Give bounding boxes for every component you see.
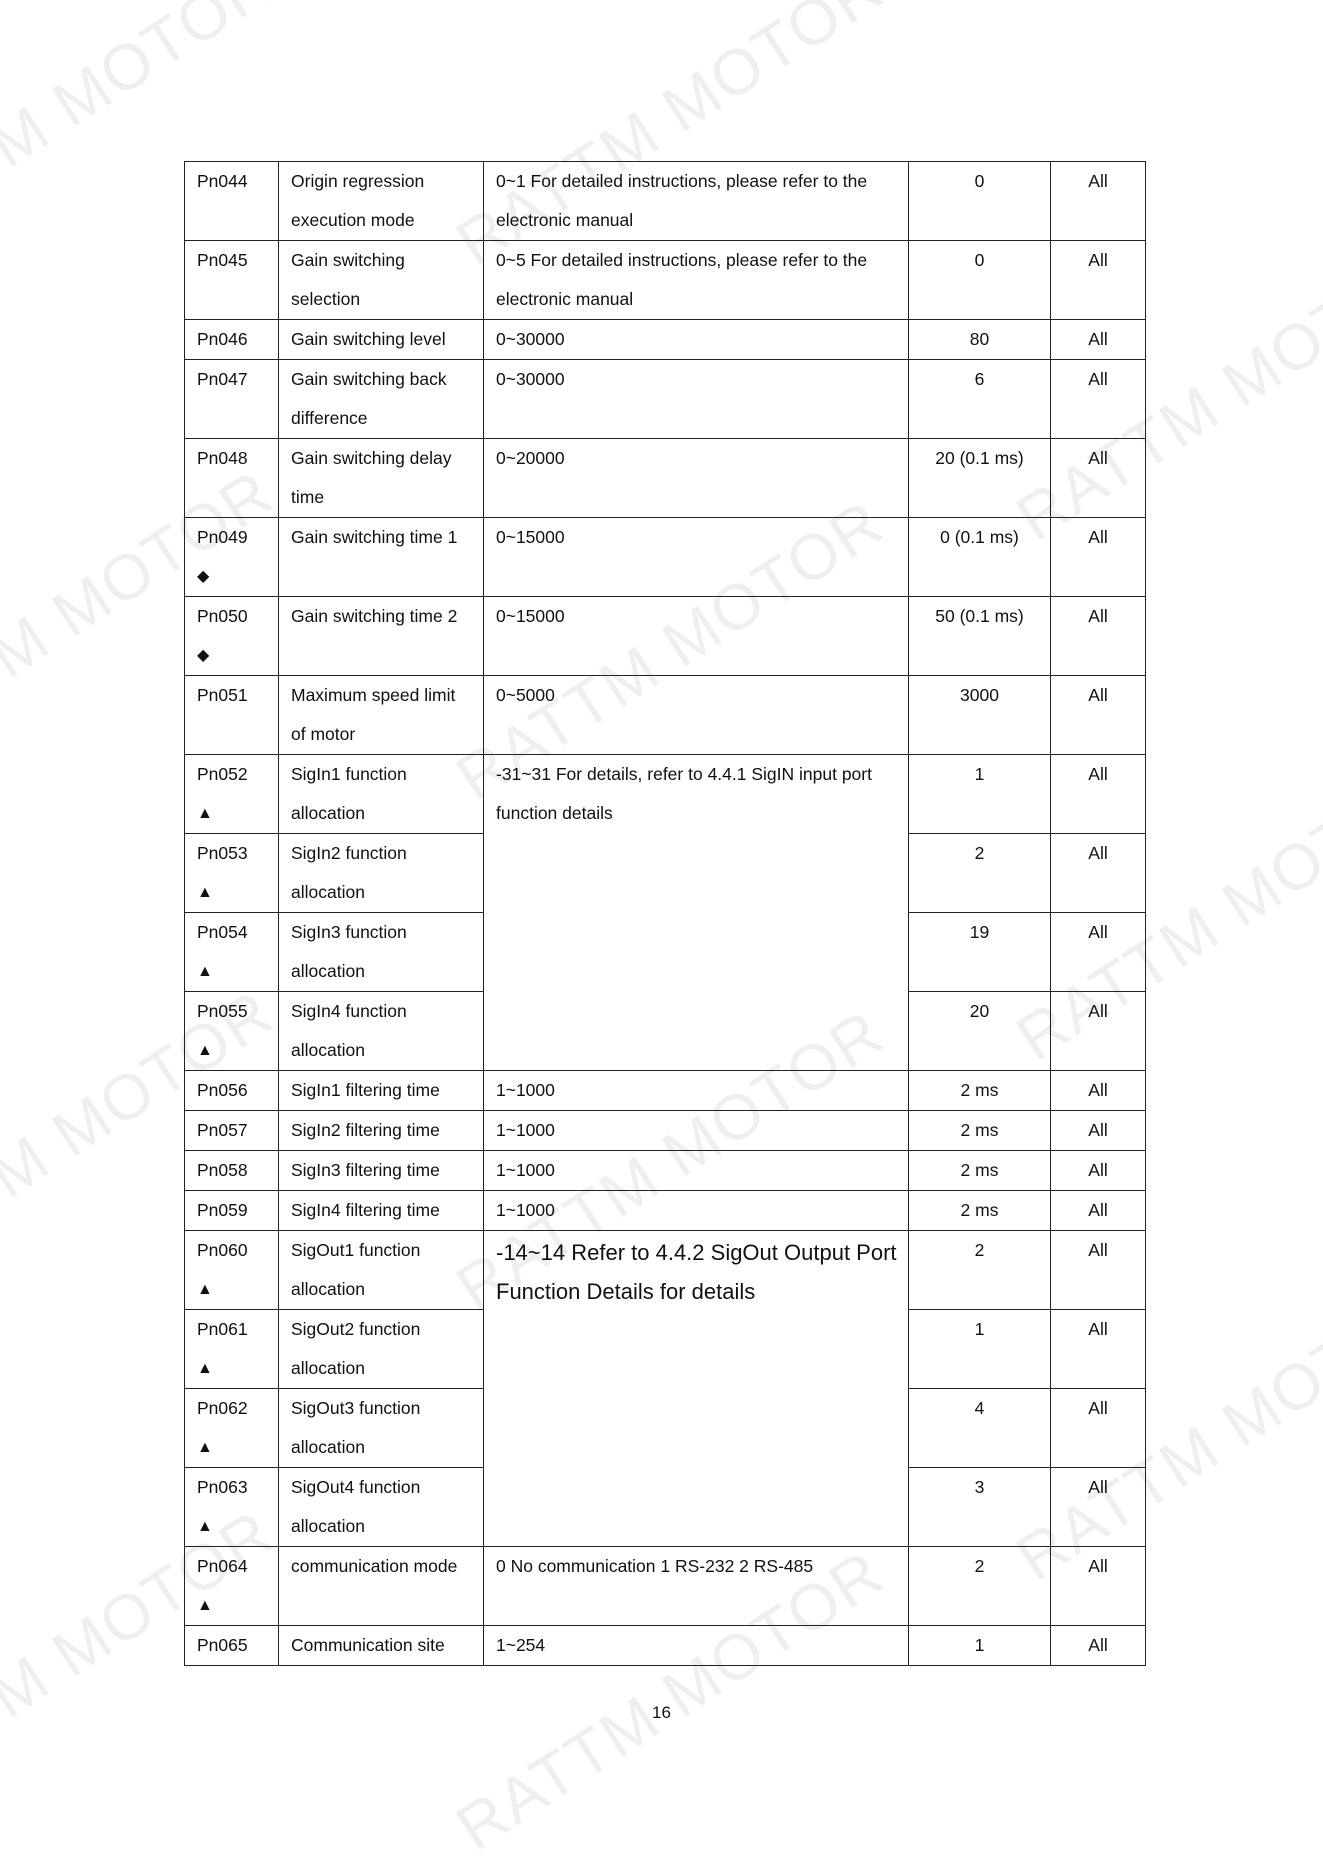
param-range: -31~31 For details, refer to 4.4.1 SigIN…	[484, 755, 909, 1071]
param-code-cell: Pn049◆	[185, 518, 279, 597]
param-default: 20	[909, 992, 1051, 1071]
triangle-icon: ▲	[197, 1349, 268, 1388]
param-name: SigIn2 filtering time	[279, 1111, 484, 1151]
param-applicable: All	[1051, 834, 1146, 913]
param-name: SigIn3 filtering time	[279, 1151, 484, 1191]
param-code: Pn063	[197, 1477, 248, 1497]
param-range: 0~20000	[484, 439, 909, 518]
param-code: Pn057	[197, 1120, 248, 1140]
param-range: 0~5000	[484, 676, 909, 755]
triangle-icon: ▲	[197, 794, 268, 833]
param-code: Pn056	[197, 1080, 248, 1100]
param-name: Maximum speed limit of motor	[279, 676, 484, 755]
param-default: 2	[909, 1547, 1051, 1626]
param-default: 20 (0.1 ms)	[909, 439, 1051, 518]
param-default: 2 ms	[909, 1111, 1051, 1151]
param-code-cell: Pn055▲	[185, 992, 279, 1071]
param-code: Pn049	[197, 527, 248, 547]
param-code: Pn054	[197, 922, 248, 942]
param-code: Pn046	[197, 329, 248, 349]
param-range: 0~15000	[484, 597, 909, 676]
param-name: SigIn3 function allocation	[279, 913, 484, 992]
param-default: 1	[909, 1626, 1051, 1666]
table-row: Pn046Gain switching level0~3000080All	[185, 320, 1146, 360]
param-default: 19	[909, 913, 1051, 992]
param-code-cell: Pn058	[185, 1151, 279, 1191]
table-row: Pn056SigIn1 filtering time1~10002 msAll	[185, 1071, 1146, 1111]
param-range: 1~1000	[484, 1151, 909, 1191]
table-row: Pn057SigIn2 filtering time1~10002 msAll	[185, 1111, 1146, 1151]
param-applicable: All	[1051, 1626, 1146, 1666]
triangle-icon: ▲	[197, 1270, 268, 1309]
parameter-table-body: Pn044Origin regression execution mode0~1…	[185, 162, 1146, 1666]
param-default: 3000	[909, 676, 1051, 755]
table-row: Pn050◆Gain switching time 20~1500050 (0.…	[185, 597, 1146, 676]
param-code-cell: Pn056	[185, 1071, 279, 1111]
param-name: Gain switching level	[279, 320, 484, 360]
param-range: 1~1000	[484, 1191, 909, 1231]
triangle-icon: ▲	[197, 873, 268, 912]
diamond-icon: ◆	[197, 636, 268, 675]
param-range: 0~15000	[484, 518, 909, 597]
param-code-cell: Pn063▲	[185, 1468, 279, 1547]
param-applicable: All	[1051, 676, 1146, 755]
param-applicable: All	[1051, 1071, 1146, 1111]
param-code: Pn059	[197, 1200, 248, 1220]
param-code: Pn052	[197, 764, 248, 784]
param-range: -14~14 Refer to 4.4.2 SigOut Output Port…	[484, 1231, 909, 1547]
param-code: Pn065	[197, 1635, 248, 1655]
parameter-table: Pn044Origin regression execution mode0~1…	[184, 161, 1146, 1666]
triangle-icon: ▲	[197, 1586, 268, 1625]
table-row: Pn059SigIn4 filtering time1~10002 msAll	[185, 1191, 1146, 1231]
param-name: SigIn2 function allocation	[279, 834, 484, 913]
param-applicable: All	[1051, 1111, 1146, 1151]
triangle-icon: ▲	[197, 952, 268, 991]
param-default: 2 ms	[909, 1071, 1051, 1111]
param-range: 1~1000	[484, 1071, 909, 1111]
param-applicable: All	[1051, 320, 1146, 360]
param-name: SigIn1 filtering time	[279, 1071, 484, 1111]
param-applicable: All	[1051, 1310, 1146, 1389]
param-code-cell: Pn064▲	[185, 1547, 279, 1626]
param-code-cell: Pn046	[185, 320, 279, 360]
param-default: 0 (0.1 ms)	[909, 518, 1051, 597]
param-code-cell: Pn052▲	[185, 755, 279, 834]
param-code-cell: Pn059	[185, 1191, 279, 1231]
param-applicable: All	[1051, 992, 1146, 1071]
param-name: SigIn1 function allocation	[279, 755, 484, 834]
param-code: Pn051	[197, 685, 248, 705]
table-row: Pn065Communication site1~2541All	[185, 1626, 1146, 1666]
param-applicable: All	[1051, 439, 1146, 518]
param-applicable: All	[1051, 162, 1146, 241]
table-row: Pn064▲communication mode0 No communicati…	[185, 1547, 1146, 1626]
triangle-icon: ▲	[197, 1428, 268, 1467]
param-applicable: All	[1051, 913, 1146, 992]
param-applicable: All	[1051, 1389, 1146, 1468]
param-default: 2	[909, 834, 1051, 913]
param-name: Communication site	[279, 1626, 484, 1666]
table-row: Pn044Origin regression execution mode0~1…	[185, 162, 1146, 241]
param-range: 0~1 For detailed instructions, please re…	[484, 162, 909, 241]
param-code-cell: Pn054▲	[185, 913, 279, 992]
param-default: 6	[909, 360, 1051, 439]
param-code-cell: Pn053▲	[185, 834, 279, 913]
param-code: Pn044	[197, 171, 248, 191]
table-row: Pn060▲SigOut1 function allocation-14~14 …	[185, 1231, 1146, 1310]
param-applicable: All	[1051, 597, 1146, 676]
param-code: Pn061	[197, 1319, 248, 1339]
param-applicable: All	[1051, 1191, 1146, 1231]
param-code: Pn062	[197, 1398, 248, 1418]
page-number: 16	[0, 1703, 1323, 1723]
param-applicable: All	[1051, 518, 1146, 597]
param-code: Pn055	[197, 1001, 248, 1021]
param-applicable: All	[1051, 755, 1146, 834]
param-name: SigOut1 function allocation	[279, 1231, 484, 1310]
param-code: Pn050	[197, 606, 248, 626]
param-code-cell: Pn065	[185, 1626, 279, 1666]
param-name: SigIn4 function allocation	[279, 992, 484, 1071]
param-range: 1~254	[484, 1626, 909, 1666]
param-name: Origin regression execution mode	[279, 162, 484, 241]
table-row: Pn048Gain switching delay time0~2000020 …	[185, 439, 1146, 518]
param-code-cell: Pn050◆	[185, 597, 279, 676]
param-code-cell: Pn051	[185, 676, 279, 755]
diamond-icon: ◆	[197, 557, 268, 596]
param-default: 0	[909, 162, 1051, 241]
table-row: Pn052▲SigIn1 function allocation-31~31 F…	[185, 755, 1146, 834]
param-default: 80	[909, 320, 1051, 360]
param-applicable: All	[1051, 1151, 1146, 1191]
triangle-icon: ▲	[197, 1507, 268, 1546]
param-default: 3	[909, 1468, 1051, 1547]
table-row: Pn051Maximum speed limit of motor0~50003…	[185, 676, 1146, 755]
table-row: Pn058SigIn3 filtering time1~10002 msAll	[185, 1151, 1146, 1191]
param-name: SigIn4 filtering time	[279, 1191, 484, 1231]
table-row: Pn045Gain switching selection0~5 For det…	[185, 241, 1146, 320]
param-code: Pn058	[197, 1160, 248, 1180]
param-code: Pn060	[197, 1240, 248, 1260]
param-code-cell: Pn045	[185, 241, 279, 320]
param-range: 0~5 For detailed instructions, please re…	[484, 241, 909, 320]
param-code-cell: Pn057	[185, 1111, 279, 1151]
param-name: Gain switching back difference	[279, 360, 484, 439]
table-row: Pn047Gain switching back difference0~300…	[185, 360, 1146, 439]
param-default: 1	[909, 1310, 1051, 1389]
param-name: Gain switching delay time	[279, 439, 484, 518]
param-default: 50 (0.1 ms)	[909, 597, 1051, 676]
param-range: 0~30000	[484, 320, 909, 360]
param-code-cell: Pn047	[185, 360, 279, 439]
param-code-cell: Pn061▲	[185, 1310, 279, 1389]
param-range: 0 No communication 1 RS-232 2 RS-485	[484, 1547, 909, 1626]
param-name: Gain switching selection	[279, 241, 484, 320]
param-range: 0~30000	[484, 360, 909, 439]
table-row: Pn049◆Gain switching time 10~150000 (0.1…	[185, 518, 1146, 597]
param-code: Pn053	[197, 843, 248, 863]
param-code-cell: Pn060▲	[185, 1231, 279, 1310]
param-applicable: All	[1051, 241, 1146, 320]
param-code-cell: Pn062▲	[185, 1389, 279, 1468]
param-default: 2 ms	[909, 1151, 1051, 1191]
param-default: 1	[909, 755, 1051, 834]
param-code-cell: Pn048	[185, 439, 279, 518]
param-default: 2	[909, 1231, 1051, 1310]
param-code: Pn047	[197, 369, 248, 389]
param-code-cell: Pn044	[185, 162, 279, 241]
param-applicable: All	[1051, 1468, 1146, 1547]
param-code: Pn048	[197, 448, 248, 468]
param-default: 2 ms	[909, 1191, 1051, 1231]
param-default: 0	[909, 241, 1051, 320]
triangle-icon: ▲	[197, 1031, 268, 1070]
param-name: SigOut3 function allocation	[279, 1389, 484, 1468]
param-name: SigOut4 function allocation	[279, 1468, 484, 1547]
param-name: communication mode	[279, 1547, 484, 1626]
param-range: 1~1000	[484, 1111, 909, 1151]
param-applicable: All	[1051, 360, 1146, 439]
param-applicable: All	[1051, 1231, 1146, 1310]
param-default: 4	[909, 1389, 1051, 1468]
param-applicable: All	[1051, 1547, 1146, 1626]
param-name: Gain switching time 1	[279, 518, 484, 597]
param-code: Pn064	[197, 1556, 248, 1576]
param-name: Gain switching time 2	[279, 597, 484, 676]
param-code: Pn045	[197, 250, 248, 270]
param-name: SigOut2 function allocation	[279, 1310, 484, 1389]
